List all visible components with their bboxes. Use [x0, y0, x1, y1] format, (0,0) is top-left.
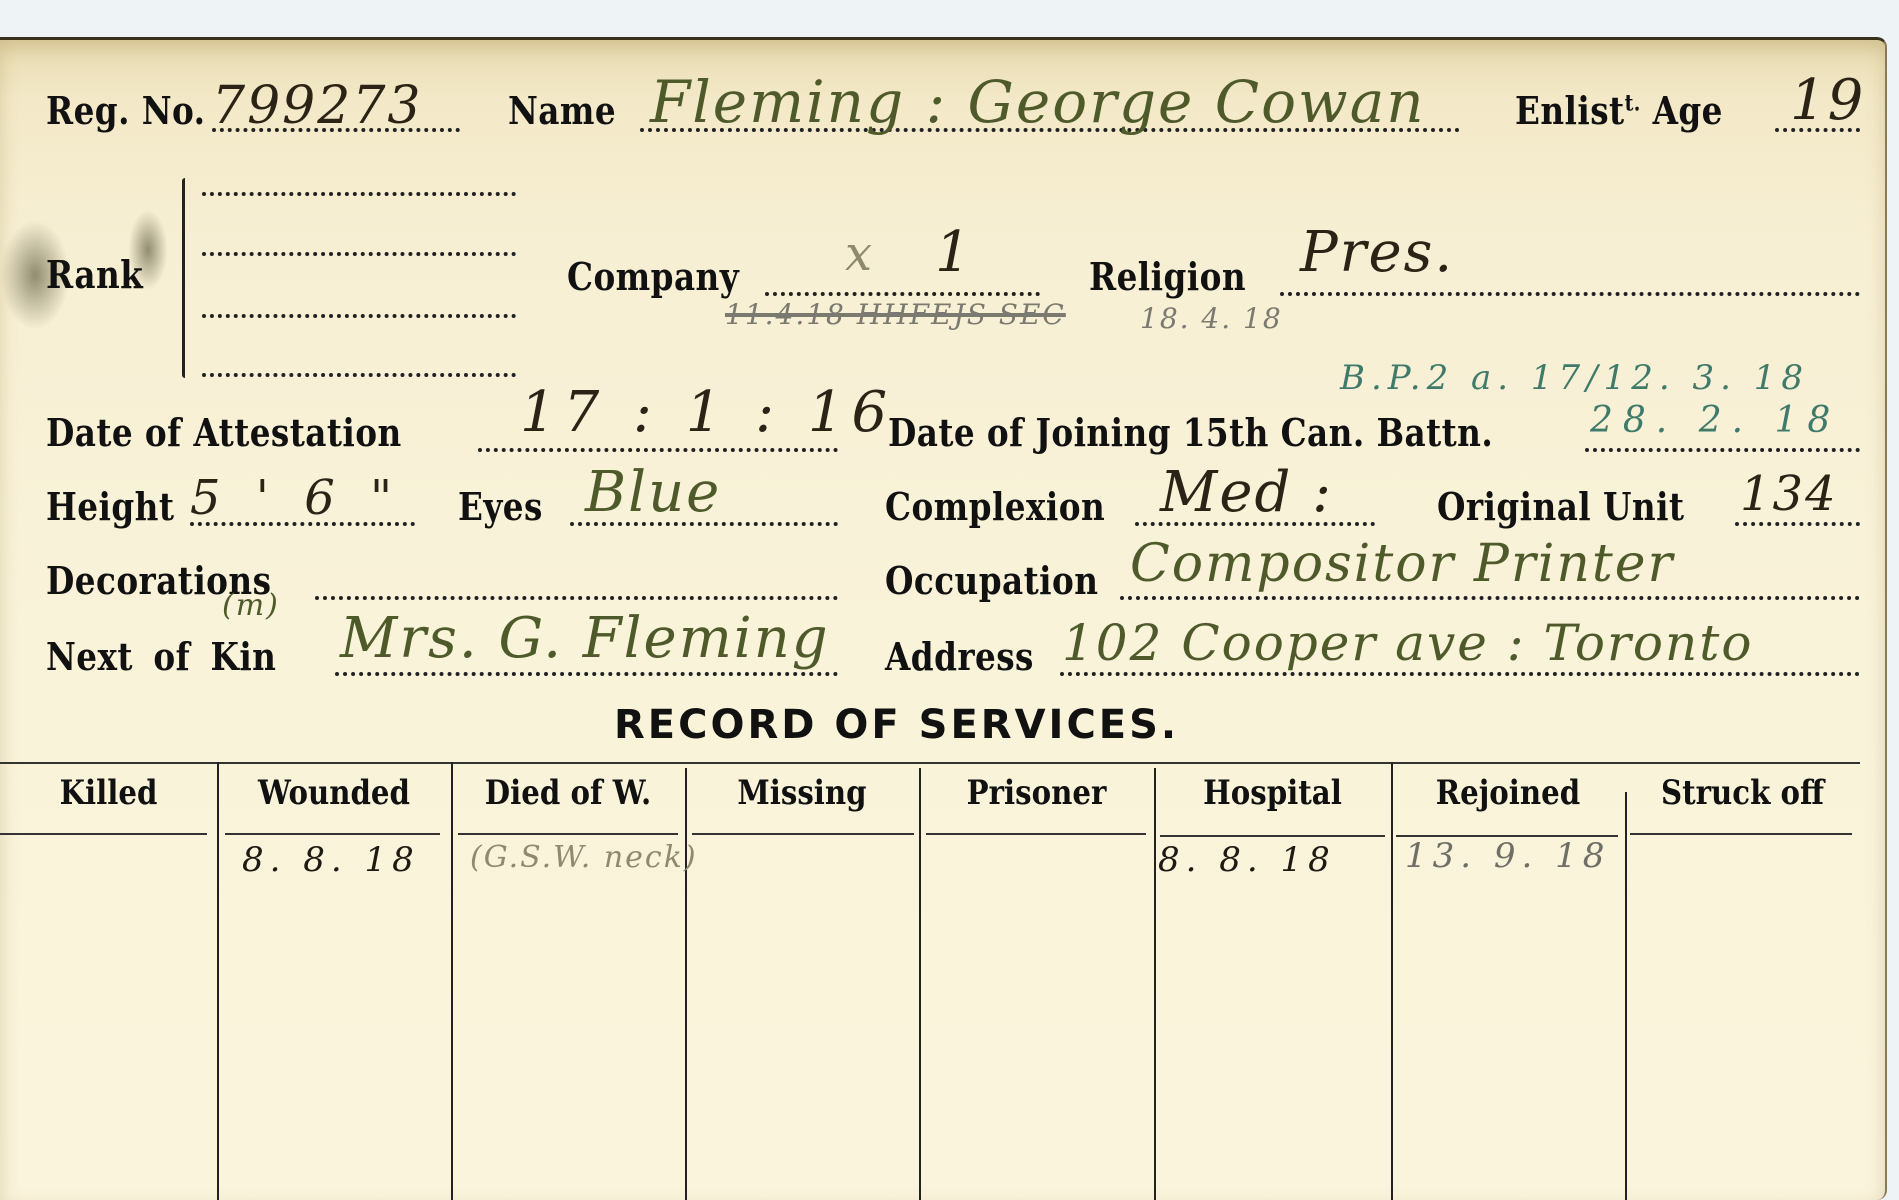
- company-struck-note: 11.4.18 HHFEJS SEC: [725, 298, 1066, 331]
- next-of-kin-dots: [335, 672, 838, 676]
- header-rule: [0, 833, 207, 835]
- complexion-label: Complexion: [885, 484, 1105, 529]
- reg-no-label: Reg. No.: [46, 88, 205, 133]
- cell-hospital: 8. 8. 18: [1158, 840, 1336, 880]
- complexion-value: Med :: [1160, 460, 1333, 525]
- original-unit-value: 134: [1740, 466, 1838, 522]
- attestation-value: 17 : 1 : 16: [520, 380, 895, 445]
- original-unit-dots: [1735, 522, 1860, 526]
- name-label: Name: [508, 88, 616, 133]
- religion-dots: [1280, 292, 1860, 296]
- address-value: 102 Cooper ave : Toronto: [1062, 614, 1753, 672]
- col-header-hospital: Hospital: [1171, 773, 1375, 813]
- company-struck-x: x: [845, 226, 874, 282]
- col-divider: [685, 768, 687, 1200]
- reg-no-value: 799273: [212, 76, 423, 136]
- col-header-rejoined: Rejoined: [1407, 773, 1608, 813]
- col-header-prisoner: Prisoner: [935, 773, 1137, 813]
- eyes-label: Eyes: [458, 484, 543, 529]
- height-label: Height: [46, 484, 174, 529]
- next-of-kin-value: Mrs. G. Fleming: [340, 606, 830, 671]
- next-of-kin-prefix: (m): [222, 588, 280, 623]
- address-dots: [1060, 672, 1860, 676]
- header-rule: [692, 833, 914, 835]
- religion-note: 18. 4. 18: [1140, 302, 1283, 335]
- religion-label: Religion: [1089, 254, 1246, 299]
- religion-value: Pres.: [1300, 220, 1454, 285]
- col-divider: [1154, 768, 1156, 1200]
- col-divider: [919, 768, 921, 1200]
- cell-rejoined: 13. 9. 18: [1405, 836, 1610, 876]
- enlist-label: Enlist: [1515, 88, 1625, 133]
- record-of-services-title: RECORD OF SERVICES.: [614, 702, 1179, 748]
- col-divider: [217, 762, 219, 1200]
- next-of-kin-label: Next of Kin: [46, 634, 276, 679]
- rank-line-1: [202, 192, 516, 196]
- header-rule: [225, 833, 440, 835]
- header-rule: [458, 833, 678, 835]
- name-value: Fleming : George Cowan: [650, 68, 1426, 136]
- col-divider: [451, 762, 453, 1200]
- joining-note: B.P.2 a. 17/12. 3. 18: [1340, 358, 1809, 398]
- col-header-died-of-wounds: Died of W.: [467, 773, 668, 813]
- joining-dots: [1585, 448, 1860, 452]
- cell-wounded: 8. 8. 18: [242, 840, 420, 880]
- header-rule: [926, 833, 1146, 835]
- occupation-dots: [1120, 596, 1860, 600]
- col-header-struck-off: Struck off: [1641, 773, 1843, 813]
- col-header-wounded: Wounded: [233, 773, 434, 813]
- occupation-label: Occupation: [885, 558, 1098, 603]
- col-header-missing: Missing: [701, 773, 902, 813]
- decorations-dots: [315, 596, 838, 600]
- occupation-value: Compositor Printer: [1130, 534, 1674, 594]
- company-value: 1: [935, 220, 973, 285]
- joining-label: Date of Joining 15th Can. Battn.: [888, 410, 1493, 455]
- age-label: Age: [1641, 88, 1723, 133]
- rank-line-3: [202, 314, 516, 318]
- rank-line-4: [202, 373, 516, 377]
- rank-line-2: [202, 252, 516, 256]
- age-value: 19: [1790, 68, 1865, 133]
- original-unit-label: Original Unit: [1437, 484, 1684, 529]
- rank-label: Rank: [46, 252, 143, 297]
- col-divider: [1391, 762, 1393, 1200]
- col-header-killed: Killed: [15, 773, 202, 813]
- height-value: 5 ' 6 ": [190, 470, 402, 526]
- col-divider: [1625, 792, 1627, 1200]
- table-top-rule: [0, 762, 1860, 764]
- address-label: Address: [885, 634, 1034, 679]
- rank-brace: [182, 178, 185, 378]
- header-rule: [1160, 835, 1385, 837]
- cell-died-of-wounds: (G.S.W. neck): [470, 840, 698, 875]
- attestation-dots: [478, 448, 838, 452]
- header-rule: [1630, 833, 1852, 835]
- attestation-label: Date of Attestation: [46, 410, 402, 455]
- enlist-sup: t.: [1625, 90, 1641, 116]
- service-record-card: Reg. No. 799273 Name Fleming : George Co…: [0, 37, 1887, 1200]
- joining-value: 28. 2. 18: [1590, 400, 1840, 441]
- eyes-value: Blue: [585, 460, 721, 525]
- enlist-age-label: Enlistt. Age: [1515, 88, 1723, 133]
- company-label: Company: [567, 254, 739, 299]
- company-dots: [765, 292, 1040, 296]
